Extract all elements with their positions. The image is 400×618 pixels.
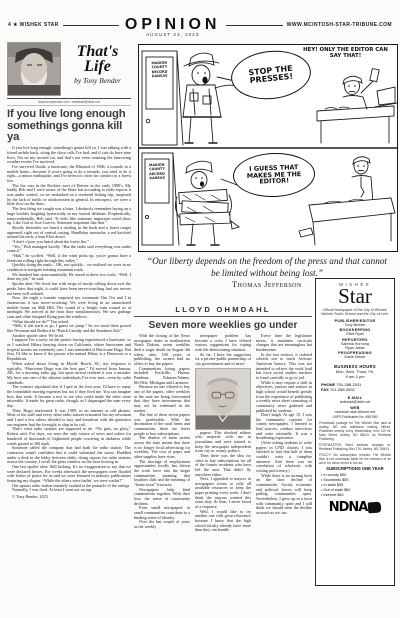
- issue-date: AUGUST 23, 2023: [123, 32, 223, 37]
- article-paragraph: In the last session, it ordered schools …: [256, 353, 312, 381]
- postmaster-note: POSTMASTER: Send address changes to: Red…: [319, 443, 391, 451]
- body-paragraph: That's what radio stations are supposed …: [7, 427, 131, 446]
- body-paragraph: The fire was in the Rockies west of Denv…: [7, 184, 131, 207]
- page-number-label: 4 ★ WISHEK STAR: [8, 22, 59, 28]
- article-column-3: Every time the legislature meets, it man…: [256, 334, 312, 533]
- email-address: redhead@drtel.net: [319, 400, 391, 404]
- subscription-rates: • In county $50• Snowbirds $55• In state…: [319, 473, 391, 498]
- header-rule-right: [226, 25, 282, 26]
- staff-list: PUBLISHER/EDITOR Tony Bender BOOKKEEPING…: [319, 319, 391, 360]
- fax-number: 701-288-3532: [330, 387, 355, 392]
- body-paragraph: Naturally, I was fired. At least I went …: [7, 488, 131, 493]
- body-paragraph: The first thing we caught was a buzz. I …: [7, 207, 131, 226]
- tony-bender-photo: [7, 42, 61, 96]
- ndna-emblem-icon: [368, 502, 382, 514]
- article-paragraph: Every time the legislature meets, it man…: [256, 334, 312, 353]
- body-paragraph: I've survived floods, a hurricane, the B…: [7, 165, 131, 184]
- article-paragraph: newspaper problem has become a crisis I …: [195, 334, 251, 353]
- article-paragraph: The fate of these seven papers was predi…: [134, 413, 190, 436]
- page-header: 4 ★ WISHEK STAR OPINION AUGUST 23, 2023 …: [8, 16, 392, 34]
- sidebar-star-logo: Star: [319, 287, 391, 307]
- body-paragraph: When asked about living in Myrtle Beach,…: [7, 362, 131, 385]
- body-paragraph: Someone called the company that had buil…: [7, 446, 131, 465]
- quote-text: “Our liberty depends on the freedom of t…: [144, 256, 390, 279]
- article-paragraph: Communities losing papers included Fordv…: [134, 367, 190, 386]
- article-column-2-top: newspaper problem has become a crisis I …: [195, 334, 251, 367]
- staff-entry: PROOFREADING Marie Delzer: [319, 351, 391, 359]
- article-paragraph: While there is no turning back on the sl…: [256, 474, 312, 516]
- staff-entry: PUBLISHER/EDITOR Tony Bender: [319, 319, 391, 327]
- body-paragraph: Then, Hugo intervened. It was 1989, so n…: [7, 409, 131, 428]
- thats-life-headline: If you live long enough somethings gonna…: [7, 109, 131, 144]
- editorial-cartoon: MARION COUNTY RECORD KANSAS MARION COUNT…: [138, 44, 398, 252]
- lloyd-omdahl-photo: [195, 368, 251, 430]
- thats-life-body: If you live long enough, something's gon…: [7, 146, 131, 493]
- article-paragraph: papers. This shocked editors who majored…: [195, 431, 251, 454]
- column-byline: by Tony Bender: [64, 76, 131, 85]
- article-paragraph: Over the last couple of years as the wee…: [134, 520, 190, 529]
- thats-life-column: That's Life by Tony Bender www.tonybende…: [7, 42, 131, 608]
- editor-speech-text: HEY! ONLY THE EDITOR CAN SAY THAT!: [297, 48, 394, 60]
- article-column-1: With the closing of the News newspaper c…: [134, 334, 190, 533]
- ndna-logo: NDNA: [319, 500, 391, 515]
- newspaper-info-box: WISHEK Star Official Newspaper of the Ci…: [315, 278, 395, 586]
- door-sign-panel2: MARION COUNTY RECORD KANSAS: [146, 163, 169, 181]
- article-paragraph: Then there was the idea for cities to bu…: [195, 454, 251, 477]
- article-paragraph: With the closing of the News newspaper c…: [134, 334, 190, 367]
- body-paragraph: Now, the night a tornado surprised my ro…: [7, 296, 131, 319]
- periodicals-fine-print: Periodicals postage for The Wishek Star …: [319, 421, 391, 441]
- ndna-logo-text: NDNA: [329, 500, 368, 515]
- tony-bender-portrait-art: [8, 43, 60, 95]
- staff-entry: BOOKKEEPING Elliot Ryall: [319, 328, 391, 336]
- article-paragraph: So far, I have the suggestion for a priv…: [195, 353, 251, 367]
- policy-note: POLICY: No subscription refunds. The Wis…: [319, 453, 391, 465]
- article-paragraph: Because no one offered to buy any of the…: [134, 385, 190, 413]
- column-title-line1: That's: [64, 44, 131, 59]
- subscriptions-title: SUBSCRIPTIONS ONE YEAR: [319, 467, 391, 472]
- header-rule-left: [63, 25, 119, 26]
- header-website: WWW.MCINTOSH-STAR-TRIBUNE.COM: [287, 22, 392, 28]
- copyright-line: © Tony Bender, 2023: [7, 494, 131, 499]
- door-sign-panel1: MARION COUNTY RECORD KANSAS: [147, 61, 173, 79]
- article-byline: LLOYD OHMDAHL: [134, 305, 312, 317]
- article-paragraph: Even small newspapers in small communiti…: [134, 506, 190, 520]
- article-column-2-bottom: papers. This shocked editors who majored…: [195, 431, 251, 533]
- article-paragraph: Next, I appealed to mayors in newspapers…: [195, 477, 251, 510]
- usps-number: USPS Publication No. 698-980: [319, 415, 391, 419]
- author-contact-line: www.tonybender.net • redhead@drtel.net: [7, 98, 131, 106]
- article-headline: Seven more weeklies go under: [134, 320, 312, 331]
- subscription-rate-item: • Internet $40: [321, 493, 391, 498]
- column-title-line2: Life: [64, 59, 131, 74]
- lloyd-omdahl-portrait-art: [196, 369, 250, 429]
- section-title: OPINION AUGUST 23, 2023: [123, 16, 223, 34]
- body-paragraph: Spoiler alert: We lived, but with wisps …: [7, 282, 131, 296]
- article-paragraph: The shortage of employment opportunities…: [134, 460, 190, 488]
- official-newspaper-note: Official Newspaper of the City of Wishek…: [319, 308, 391, 317]
- article-paragraph: Newspapers help bind communities togethe…: [134, 488, 190, 507]
- body-paragraph: If you live long enough, something's gon…: [7, 146, 131, 165]
- body-paragraph: I suppose I'm a rarity on the prairie ha…: [7, 338, 131, 361]
- article-paragraph: Don't laugh. At age 15, I was the commun…: [256, 413, 312, 441]
- omdahl-article: LLOYD OHMDAHL Seven more weeklies go und…: [134, 305, 312, 565]
- thats-life-title-block: That's Life by Tony Bender: [64, 42, 131, 96]
- staff-entry: REPORTERS Sabrina Hornung: [319, 338, 391, 346]
- body-paragraph: Shortly thereafter we heard a rustling i…: [7, 226, 131, 240]
- article-paragraph: Well, I would like to try another one wi…: [195, 510, 251, 533]
- article-paragraph: (After asking students to write papers i…: [256, 441, 312, 474]
- section-title-text: OPINION: [125, 16, 221, 33]
- article-columns: With the closing of the News newspaper c…: [134, 334, 312, 533]
- body-paragraph: One last spoiler alert: Still kicking. I…: [7, 465, 131, 484]
- staff-entry: Ryan Janke: [319, 346, 391, 350]
- article-paragraph: The demise of main streets across the st…: [134, 436, 190, 459]
- article-column-2: newspaper problem has become a crisis I …: [195, 334, 251, 533]
- article-paragraph: While it may require a shift in objectiv…: [256, 381, 312, 414]
- thats-life-masthead: That's Life by Tony Bender: [7, 42, 131, 96]
- body-paragraph: The contract stipulated that if I quit i…: [7, 385, 131, 408]
- web-address: mcintosh-star-tribune.net: [319, 410, 391, 414]
